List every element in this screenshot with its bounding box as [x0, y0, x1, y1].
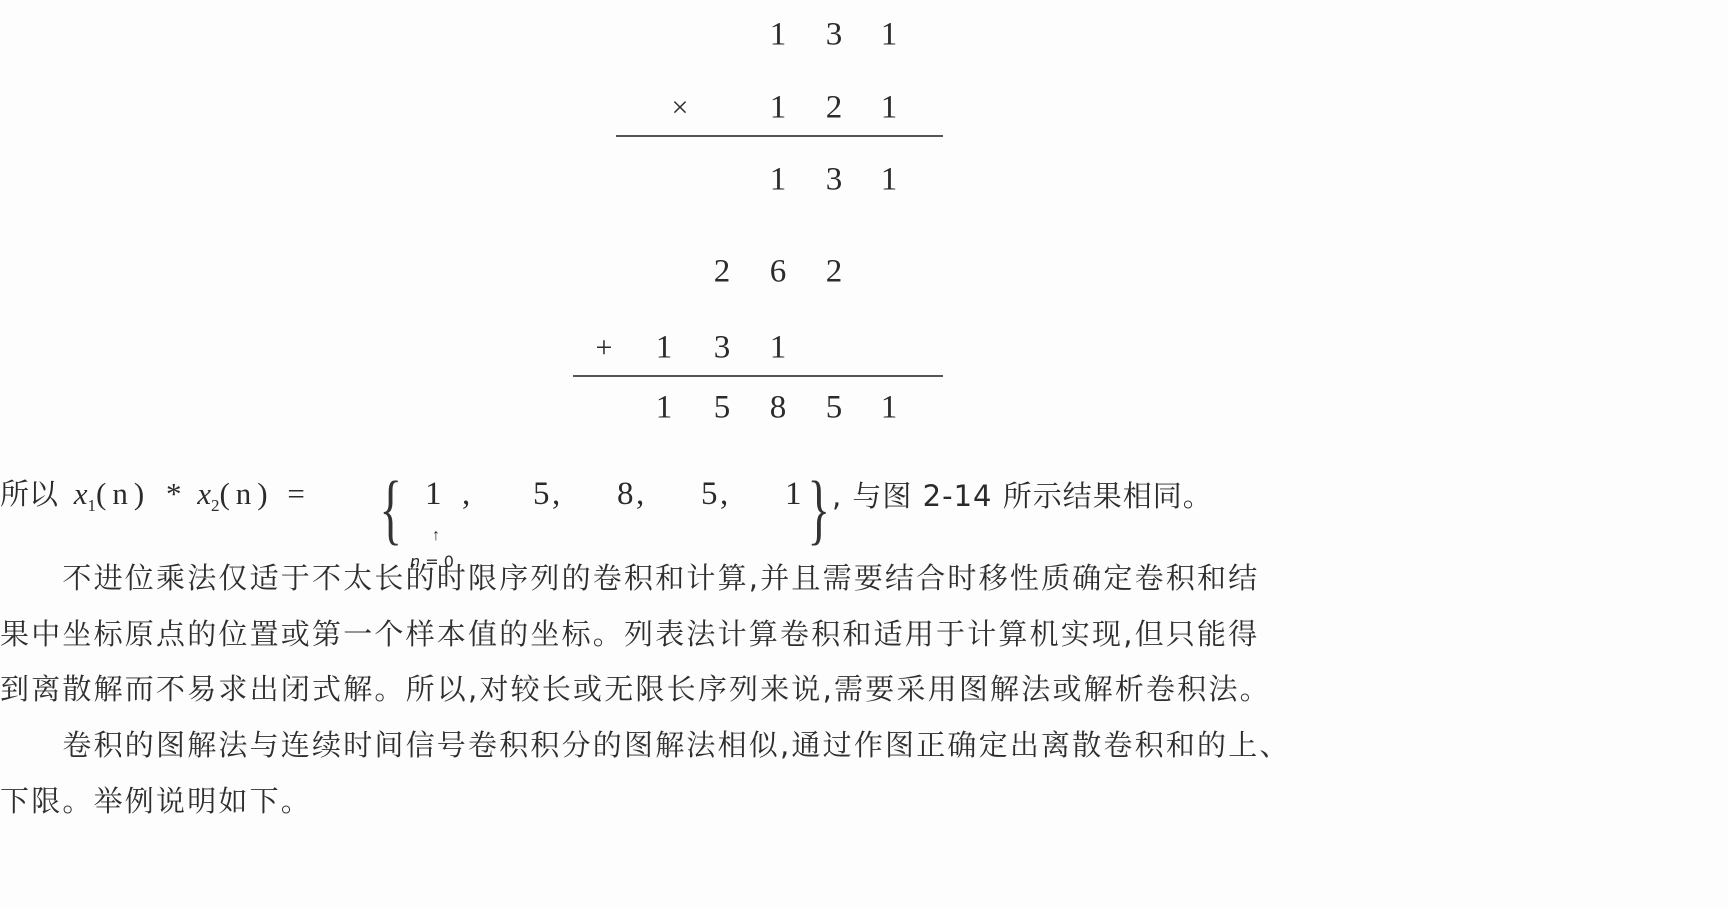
result-digit: 1 [874, 392, 904, 425]
origin-arrow-icon: ↑ [432, 528, 440, 544]
result-digit: 8 [763, 392, 793, 425]
result-digit: 1 [649, 392, 679, 425]
multiplicand-digit: 1 [874, 19, 904, 52]
sequence-comma: , [720, 476, 728, 513]
sum-rule [573, 375, 943, 377]
sequence-value: 5 [533, 476, 550, 513]
partial-product-digit: 2 [707, 256, 737, 289]
multiplier-digit: 1 [763, 92, 793, 125]
equation-suffix: , 与图 2-14 所示结果相同。 [832, 474, 1213, 515]
left-brace: { [379, 470, 401, 548]
paragraph-1-line-1: 不进位乘法仅适于不太长的时限序列的卷积和计算,并且需要结合时移性质确定卷积和结 [0, 550, 1700, 606]
sequence-value: 5 [701, 476, 718, 513]
multiplication-rule [616, 135, 943, 137]
convolution-operator: * [166, 476, 182, 511]
sequence-comma: , [636, 476, 644, 513]
paragraph-1-line-3: 到离散解而不易求出闭式解。所以,对较长或无限长序列来说,需要采用图解法或解析卷积… [0, 661, 1700, 717]
multiplier-digit: 1 [874, 92, 904, 125]
result-digit: 5 [707, 392, 737, 425]
partial-product-digit: 3 [707, 332, 737, 365]
paragraph-1-line-2: 果中坐标原点的位置或第一个样本值的坐标。列表法计算卷积和适用于计算机实现,但只能… [0, 606, 1700, 662]
partial-product-digit: 2 [819, 256, 849, 289]
sequence-value: 1 [425, 476, 442, 513]
plus-operator: + [596, 333, 613, 363]
prefix-text: 所以 [0, 477, 58, 511]
x1-symbol: x [74, 476, 88, 511]
partial-product-digit: 1 [874, 164, 904, 197]
partial-product-digit: 1 [763, 164, 793, 197]
result-digit: 5 [819, 392, 849, 425]
x1-subscript: 1 [88, 496, 97, 515]
x2-symbol: x [197, 476, 211, 511]
partial-product-digit: 3 [819, 164, 849, 197]
paragraph-2-line-2: 下限。举例说明如下。 [0, 773, 1700, 829]
multiplicand-digit: 3 [819, 19, 849, 52]
partial-product-digit: 1 [649, 332, 679, 365]
sequence-comma: , [462, 476, 470, 513]
partial-product-digit: 6 [763, 256, 793, 289]
multiplicand-digit: 1 [763, 19, 793, 52]
equation-lhs: 所以 x1(n) * x2(n) = [0, 472, 305, 522]
equals-sign: = [287, 476, 304, 511]
right-brace: } [807, 470, 829, 548]
sequence-value: 1 [785, 476, 802, 513]
multiplier-digit: 2 [819, 92, 849, 125]
x2-argument: (n) [219, 476, 273, 511]
x1-argument: (n) [96, 476, 150, 511]
partial-product-digit: 1 [763, 332, 793, 365]
times-operator: × [672, 93, 689, 123]
paragraph-2-line-1: 卷积的图解法与连续时间信号卷积积分的图解法相似,通过作图正确定出离散卷积和的上、 [0, 717, 1700, 773]
sequence-comma: , [552, 476, 560, 513]
sequence-value: 8 [617, 476, 634, 513]
